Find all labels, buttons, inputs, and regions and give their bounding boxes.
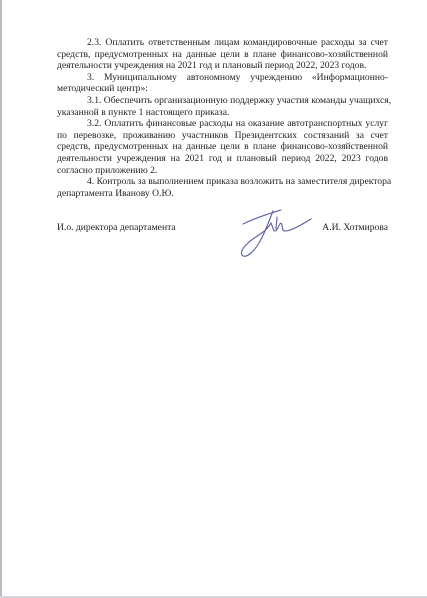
handwritten-signature-icon (229, 205, 319, 265)
text-line: деятельности учреждения на 2021 год и пл… (57, 153, 388, 165)
text-line: 2.3. Оплатить ответственным лицам команд… (57, 37, 388, 49)
paragraph-3-2: 3.2. Оплатить финансовые расходы на оказ… (57, 118, 388, 176)
text-line: средств, предусмотренных на данные цели … (57, 49, 388, 61)
text-line: методический центр»: (57, 83, 388, 95)
paragraph-4: 4. Контроль за выполнением приказа возло… (57, 176, 388, 199)
text-line: 3. Муниципальному автономному учреждению… (57, 72, 388, 84)
signatory-name: А.И. Хотмирова (322, 222, 388, 233)
signature-block: И.о. директора департамента А.И. Хотмиро… (57, 222, 388, 272)
document-body: 2.3. Оплатить ответственным лицам команд… (57, 37, 388, 199)
text-line: 3.2. Оплатить финансовые расходы на оказ… (57, 118, 388, 130)
text-line: указанной в пункте 1 настоящего приказа. (57, 107, 388, 119)
text-line: 4. Контроль за выполнением приказа возло… (57, 176, 388, 188)
paragraph-3-1: 3.1. Обеспечить организационную поддержк… (57, 95, 388, 118)
text-line: деятельности учреждения на 2021 год и пл… (57, 60, 388, 72)
paragraph-2-3: 2.3. Оплатить ответственным лицам команд… (57, 37, 388, 72)
text-line: 3.1. Обеспечить организационную поддержк… (57, 95, 388, 107)
text-line: согласно приложению 2. (57, 165, 388, 177)
text-line: средств, предусмотренных на данные цели … (57, 141, 388, 153)
paragraph-3: 3. Муниципальному автономному учреждению… (57, 72, 388, 95)
signatory-title: И.о. директора департамента (57, 222, 176, 233)
text-line: по перевозке, проживанию участников През… (57, 130, 388, 142)
text-line: департамента Иванову О.Ю. (57, 188, 388, 200)
scan-edge-left (0, 0, 2, 598)
